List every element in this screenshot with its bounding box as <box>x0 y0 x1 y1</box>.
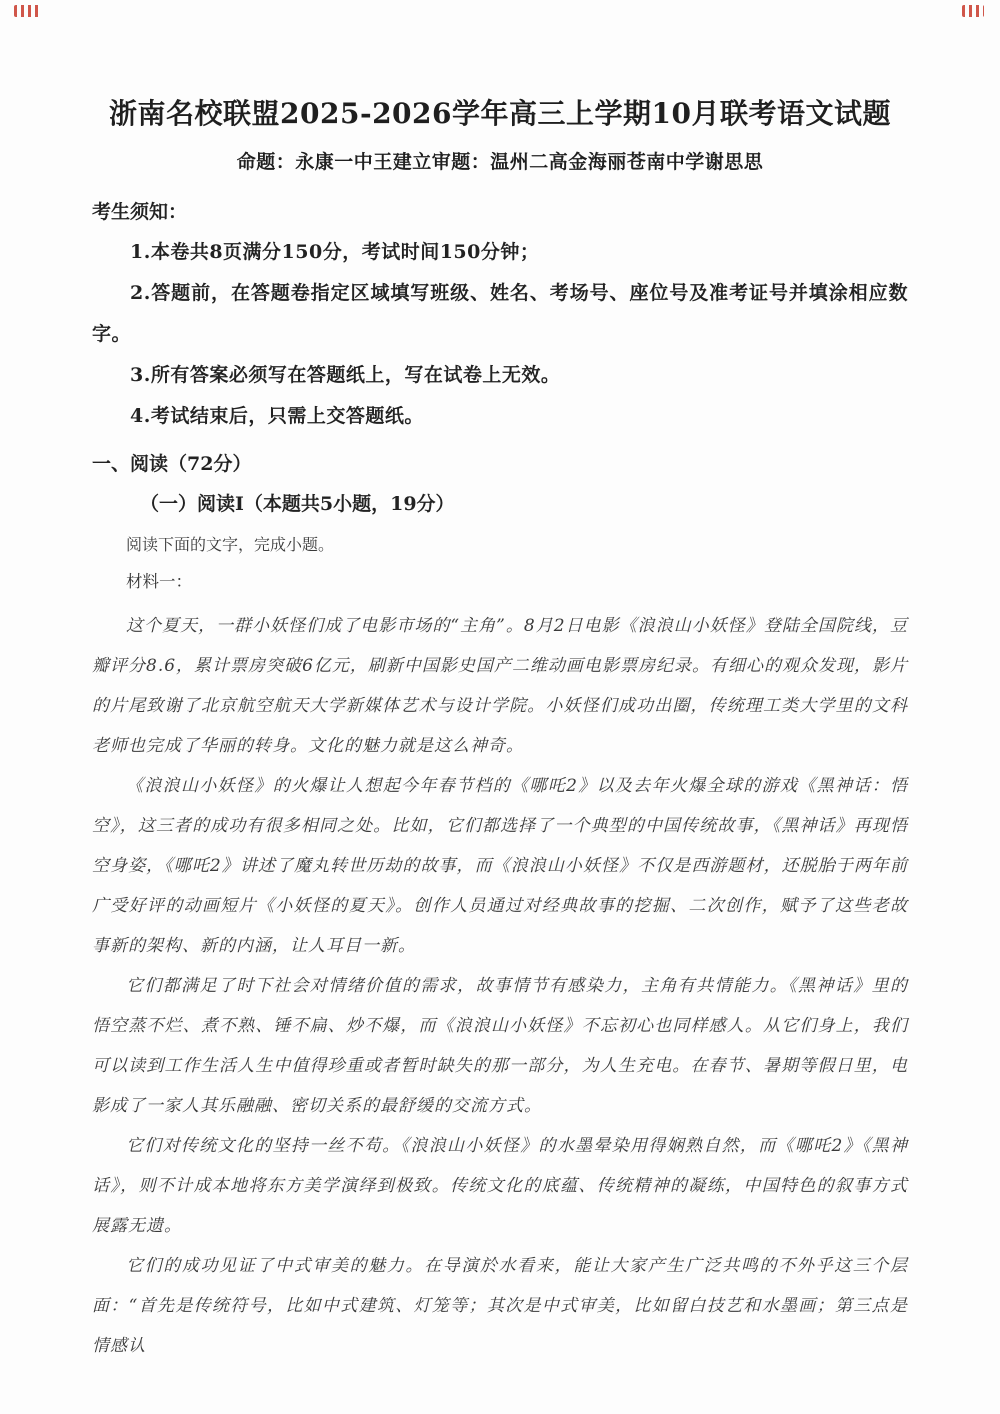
red-stamp-mark-left <box>14 5 40 17</box>
notice-item-3: 3.所有答案必须写在答题纸上，写在试卷上无效。 <box>92 355 908 396</box>
notice-item-1: 1.本卷共8页满分150分，考试时间150分钟； <box>92 232 908 273</box>
notice-item-2: 2.答题前，在答题卷指定区域填写班级、姓名、考场号、座位号及准考证号并填涂相应数… <box>92 273 908 355</box>
page-title: 浙南名校联盟2025-2026学年高三上学期10月联考语文试题 <box>92 96 908 132</box>
material-one-text: 这个夏天，一群小妖怪们成了电影市场的“主角”。8月2日电影《浪浪山小妖怪》登陆全… <box>92 606 908 1366</box>
page-subtitle: 命题：永康一中王建立审题：温州二高金海丽苍南中学谢思思 <box>92 147 908 174</box>
candidate-notice: 考生须知： 1.本卷共8页满分150分，考试时间150分钟； 2.答题前，在答题… <box>92 200 908 437</box>
material-paragraph-3: 它们都满足了时下社会对情绪价值的需求，故事情节有感染力，主角有共情能力。《黑神话… <box>92 966 908 1126</box>
material-paragraph-2: 《浪浪山小妖怪》的火爆让人想起今年春节档的《哪吒2》以及去年火爆全球的游戏《黑神… <box>92 766 908 966</box>
section-subheading-reading-1: （一）阅读I（本题共5小题，19分） <box>140 489 908 519</box>
notice-item-4: 4.考试结束后，只需上交答题纸。 <box>92 396 908 437</box>
material-one-label: 材料一： <box>126 570 908 594</box>
section-heading-reading: 一、阅读（72分） <box>92 449 908 479</box>
notice-heading: 考生须知： <box>92 200 908 224</box>
material-paragraph-4: 它们对传统文化的坚持一丝不苟。《浪浪山小妖怪》的水墨晕染用得娴熟自然，而《哪吒2… <box>92 1126 908 1246</box>
material-paragraph-5: 它们的成功见证了中式审美的魅力。在导演於水看来，能让大家产生广泛共鸣的不外乎这三… <box>92 1246 908 1366</box>
exam-paper-page: 浙南名校联盟2025-2026学年高三上学期10月联考语文试题 命题：永康一中王… <box>0 0 1000 1414</box>
material-paragraph-1: 这个夏天，一群小妖怪们成了电影市场的“主角”。8月2日电影《浪浪山小妖怪》登陆全… <box>92 606 908 766</box>
red-stamp-mark-right <box>962 5 984 17</box>
reading-instruction: 阅读下面的文字，完成小题。 <box>126 533 908 557</box>
